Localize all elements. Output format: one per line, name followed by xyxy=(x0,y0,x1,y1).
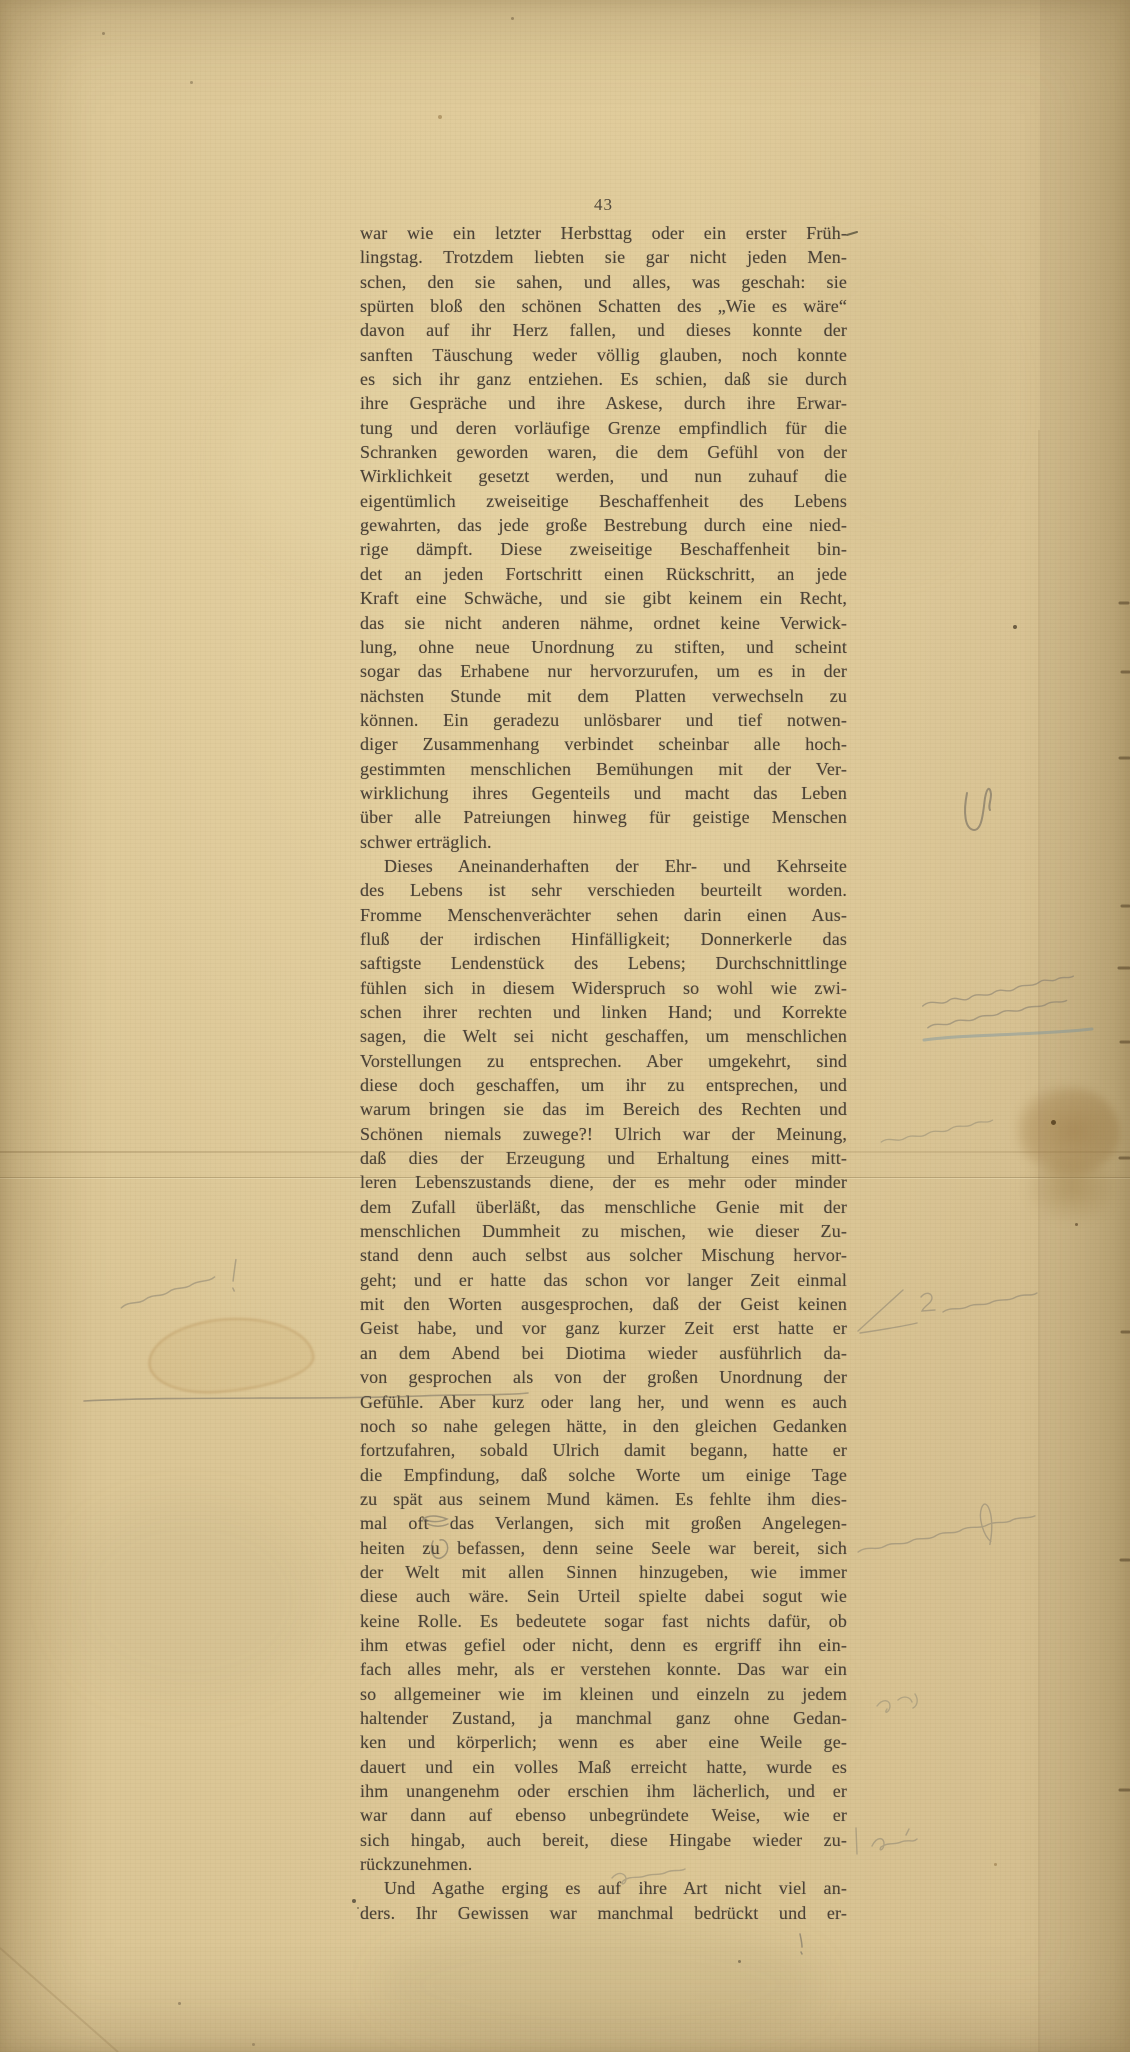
ink-stain-right xyxy=(1026,1158,1118,1222)
body-text: war wie ein letzter Herbsttag oder ein e… xyxy=(360,221,847,1925)
text-line: Schranken geworden waren, die dem Gefühl… xyxy=(360,440,847,464)
text-line: mit den Worten ausgesprochen, daß der Ge… xyxy=(360,1292,847,1316)
text-line: Wirklichkeit gesetzt werden, und nun zuh… xyxy=(360,464,847,488)
text-line: saftigste Lendenstück des Lebens; Durchs… xyxy=(360,951,847,975)
paper-speck xyxy=(252,2043,255,2046)
paper-speck xyxy=(511,17,514,20)
text-line: ken und körperlich; wenn es aber eine We… xyxy=(360,1730,847,1754)
pencil-small-mark xyxy=(877,1694,917,1712)
text-line: das sie nicht anderen nähme, ordnet kein… xyxy=(360,611,847,635)
text-line: Gefühle. Aber kurz oder lang her, und we… xyxy=(360,1390,847,1414)
text-line: war wie ein letzter Herbsttag oder ein e… xyxy=(360,221,847,245)
text-line: menschlichen Dummheit zu mischen, wie di… xyxy=(360,1219,847,1243)
text-line: es sich ihr ganz entziehen. Es schien, d… xyxy=(360,367,847,391)
ink-stain-right xyxy=(1016,1085,1120,1177)
pencil-chevron xyxy=(858,1290,903,1331)
paper-speck xyxy=(1075,1223,1078,1226)
text-line: davon auf ihr Herz fallen, und dieses ko… xyxy=(360,318,847,342)
text-line: des Lebens ist sehr verschieden beurteil… xyxy=(360,878,847,902)
text-line: sogar das Erhabene nur hervorzurufen, um… xyxy=(360,659,847,683)
ink-speck xyxy=(352,1899,356,1903)
ink-dash xyxy=(847,232,857,235)
text-line: diese auch wäre. Sein Urteil spielte dab… xyxy=(360,1584,847,1608)
text-line: Fromme Menschenverächter sehen darin ein… xyxy=(360,903,847,927)
pencil-note-right-lower xyxy=(943,1293,1037,1312)
text-line: Kraft eine Schwäche, und sie gibt keinem… xyxy=(360,586,847,610)
paper-speck xyxy=(178,2002,181,2005)
text-line: schen ihrer rechten und linken Hand; und… xyxy=(360,1000,847,1024)
text-line: keine Rolle. Es bedeutete sogar fast nic… xyxy=(360,1609,847,1633)
pencil-note-right-top xyxy=(927,1001,1068,1028)
paper-blotch xyxy=(60,1500,320,1700)
pencil-vertical-stroke xyxy=(856,1828,857,1854)
text-line: können. Ein geradezu unlösbarer und tief… xyxy=(360,708,847,732)
text-line: geht; und er hatte das schon vor langer … xyxy=(360,1268,847,1292)
text-line: Geist habe, und vor ganz kurzer Zeit ers… xyxy=(360,1316,847,1340)
text-line: fach alles mehr, als er verstehen konnte… xyxy=(360,1657,847,1681)
paper-tone-strip xyxy=(1040,0,1130,2052)
text-line: ihm unangenehm oder erschien ihm lächerl… xyxy=(360,1779,847,1803)
text-line: fühlen sich in diesem Widerspruch so woh… xyxy=(360,976,847,1000)
pencil-tick xyxy=(800,1934,802,1954)
ink-speck xyxy=(1051,1120,1056,1125)
text-line: nächsten Stunde mit dem Platten verwechs… xyxy=(360,684,847,708)
text-line: an dem Abend bei Diotima wieder ausführl… xyxy=(360,1341,847,1365)
ink-speck xyxy=(1013,625,1017,629)
text-line: von gesprochen als von der großen Unordn… xyxy=(360,1365,847,1389)
paper-speck xyxy=(102,32,105,35)
pencil-u-loop xyxy=(965,789,991,830)
pencil-word xyxy=(872,1829,917,1850)
page-edge-chips xyxy=(1119,603,1129,1790)
ink-speck xyxy=(357,1907,359,1909)
water-stain-left xyxy=(146,1312,317,1397)
text-line: fortzufahren, sobald Ulrich damit begann… xyxy=(360,1438,847,1462)
paper-speck xyxy=(994,1863,997,1866)
pencil-note-bottom-right xyxy=(857,1516,1036,1552)
text-line: stand denn auch selbst aus solcher Misch… xyxy=(360,1243,847,1267)
text-line: det an jeden Fortschritt einen Rückschri… xyxy=(360,562,847,586)
text-line: schen, den sie sahen, und alles, was ges… xyxy=(360,270,847,294)
text-line: sich hingab, auch bereit, diese Hingabe … xyxy=(360,1828,847,1852)
text-line: daß dies der Erzeugung und Erhaltung ein… xyxy=(360,1146,847,1170)
text-line: ders. Ihr Gewissen war manchmal bedrückt… xyxy=(360,1901,847,1925)
text-line: zu spät aus seinem Mund kämen. Es fehlte… xyxy=(360,1487,847,1511)
text-line: mal oft das Verlangen, sich mit großen A… xyxy=(360,1511,847,1535)
text-line: warum bringen sie das im Bereich des Rec… xyxy=(360,1097,847,1121)
page-number: 43 xyxy=(360,195,847,220)
pencil-note-right-top xyxy=(922,976,1075,1006)
text-line: war dann auf ebenso unbegründete Weise, … xyxy=(360,1803,847,1827)
text-line: gewahrten, das jede große Bestrebung dur… xyxy=(360,513,847,537)
text-line: lung, ohne neue Unordnung zu stiften, un… xyxy=(360,635,847,659)
text-line: haltender Zustand, ja manchmal ganz ohne… xyxy=(360,1706,847,1730)
text-line: tung und deren vorläufige Grenze empfind… xyxy=(360,416,847,440)
paper-blotch xyxy=(380,1920,820,2050)
text-line: rige dämpft. Diese zweiseitige Beschaffe… xyxy=(360,537,847,561)
pencil-note-left-margin xyxy=(119,1277,217,1308)
pencil-note-right-lower xyxy=(921,1293,935,1311)
paper-fold-vertical xyxy=(1038,430,1040,2052)
text-line: fluß der irdischen Hinfälligkeit; Donner… xyxy=(360,927,847,951)
text-line: dem Zufall überläßt, das menschliche Gen… xyxy=(360,1195,847,1219)
text-line: sanften Täuschung weder völlig glauben, … xyxy=(360,343,847,367)
text-line: gestimmten menschlichen Bemühungen mit d… xyxy=(360,757,847,781)
text-line: diger Zusammenhang verbindet scheinbar a… xyxy=(360,732,847,756)
text-line: leren Lebenszustands diene, der es mehr … xyxy=(360,1170,847,1194)
text-line: ihre Gespräche und ihre Askese, durch ih… xyxy=(360,391,847,415)
text-line: noch so nahe gelegen hätte, in den gleic… xyxy=(360,1414,847,1438)
paper-speck xyxy=(438,115,442,119)
text-line: wirklichung ihres Gegenteils und macht d… xyxy=(360,781,847,805)
text-line: eigentümlich zweiseitige Beschaffenheit … xyxy=(360,489,847,513)
text-line: ihm etwas gefiel oder nicht, denn es erg… xyxy=(360,1633,847,1657)
text-line: spürten bloß den schönen Schatten des „W… xyxy=(360,294,847,318)
pencil-exclamation xyxy=(230,1260,239,1291)
text-line: Und Agathe erging es auf ihre Art nicht … xyxy=(360,1876,847,1900)
pencil-note-bottom-right xyxy=(980,1504,992,1545)
text-line: heiten zu befassen, denn seine Seele war… xyxy=(360,1536,847,1560)
text-line: Vorstellungen zu entsprechen. Aber umgek… xyxy=(360,1049,847,1073)
text-line: so allgemeiner wie im kleinen und einzel… xyxy=(360,1682,847,1706)
text-line: rückzunehmen. xyxy=(360,1852,847,1876)
text-line: sagen, die Welt sei nicht geschaffen, um… xyxy=(360,1024,847,1048)
pencil-note-right-middle xyxy=(881,1120,994,1142)
text-line: diese doch geschaffen, um ihr zu entspre… xyxy=(360,1073,847,1097)
text-line: Dieses Aneinanderhaften der Ehr- und Keh… xyxy=(360,854,847,878)
paper-crease-diagonal xyxy=(0,1948,118,2052)
text-line: dauert und ein volles Maß erreicht hatte… xyxy=(360,1755,847,1779)
paper-speck xyxy=(738,1960,741,1963)
book-page: 43 war wie ein letzter Herbsttag oder ei… xyxy=(0,0,1130,2052)
text-line: schwer erträglich. xyxy=(360,830,847,854)
paper-speck xyxy=(190,81,193,84)
text-line: der Welt mit allen Sinnen hinzugeben, wi… xyxy=(360,1560,847,1584)
text-line: über alle Patreiungen hinweg für geistig… xyxy=(360,805,847,829)
pencil-underline-blue xyxy=(924,1029,1092,1040)
text-line: lingstag. Trotzdem liebten sie gar nicht… xyxy=(360,245,847,269)
text-line: Schönen niemals zuwege?! Ulrich war der … xyxy=(360,1122,847,1146)
pencil-chevron xyxy=(860,1323,917,1333)
text-line: die Empfindung, daß solche Worte um eini… xyxy=(360,1463,847,1487)
